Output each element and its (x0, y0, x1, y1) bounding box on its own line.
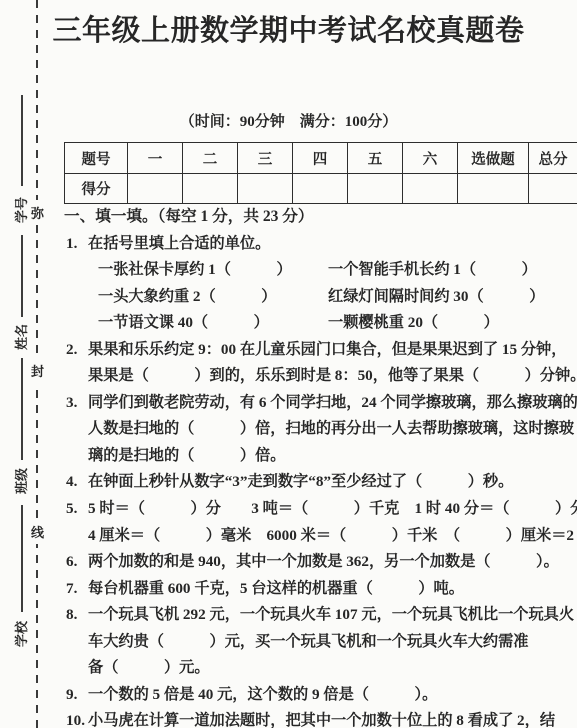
seal-char-xian: 线 (29, 519, 46, 544)
score-table-score-row: 得分 (65, 174, 577, 204)
score-cell (183, 174, 238, 204)
unit-blank-pair-line: 一头大象约重 2（ ）红绿灯间隔时间约 30（ ） (64, 284, 574, 311)
student-name-label: 姓名 (13, 319, 31, 355)
question-line: 3.同学们到敬老院劳动，有 6 个同学扫地，24 个同学擦玻璃，那么擦玻璃的 (64, 390, 574, 417)
question-number: 8. (66, 602, 77, 629)
score-cell (238, 174, 293, 204)
question-number: 1. (66, 231, 77, 258)
unit-blank-pair-line: 一节语文课 40（ ）一颗樱桃重 20（ ） (64, 310, 574, 337)
question-number: 6. (66, 549, 77, 576)
header-question-number: 题号 (65, 143, 128, 174)
question-line: 7.每台机器重 600 千克，5 台这样的机器重（ ）吨。 (64, 576, 574, 603)
blank-item-right: 一个智能手机长约 1（ ） (328, 257, 537, 284)
header-section-1: 一 (128, 143, 183, 174)
question-line: 10.小马虎在计算一道加法题时，把其中一个加数十位上的 8 看成了 2，结 (64, 708, 574, 728)
blank-item-left: 一张社保卡厚约 1（ ） (98, 261, 292, 278)
question-line: 5.5 时＝（ ）分 3 吨＝（ ）千克 1 时 40 分＝（ ）分 (64, 496, 574, 523)
seal-char-feng: 封 (29, 358, 46, 383)
score-cell (529, 174, 577, 204)
section-heading: 一、填一填。（每空 1 分，共 23 分） (64, 204, 574, 231)
blank-item-right: 一颗樱桃重 20（ ） (328, 310, 499, 337)
score-cell (293, 174, 348, 204)
question-line: 6.两个加数的和是 940，其中一个加数是 362，另一个加数是（ ）。 (64, 549, 574, 576)
question-continuation-line: 璃的是扫地的（ ）倍。 (64, 443, 574, 470)
question-number: 7. (66, 576, 77, 603)
score-cell (403, 174, 458, 204)
question-line: 2.果果和乐乐约定 9：00 在儿童乐园门口集合，但是果果迟到了 15 分钟， (64, 337, 574, 364)
question-number: 9. (66, 682, 77, 709)
school-blank-line (21, 505, 23, 612)
fill-in-section: 一、填一填。（每空 1 分，共 23 分） 1.在括号里填上合适的单位。一张社保… (64, 204, 574, 728)
student-name-blank-line (21, 235, 23, 317)
unit-blank-pair-line: 一张社保卡厚约 1（ ）一个智能手机长约 1（ ） (64, 257, 574, 284)
score-table: 题号 一 二 三 四 五 六 选做题 总分 得分 (64, 142, 577, 204)
exam-time-score-subtitle: （时间：90分钟 满分：100分） (40, 110, 537, 131)
header-optional: 选做题 (458, 143, 529, 174)
question-number: 10. (66, 708, 85, 728)
question-number: 3. (66, 390, 77, 417)
question-line: 4.在钟面上秒针从数字“3”走到数字“8”至少经过了（ ）秒。 (64, 469, 574, 496)
header-section-4: 四 (293, 143, 348, 174)
question-number: 4. (66, 469, 77, 496)
student-id-blank-line (21, 95, 23, 186)
question-continuation-line: 人数是扫地的（ ）倍，扫地的再分出一人去帮助擦玻璃，这时擦玻 (64, 416, 574, 443)
header-section-6: 六 (403, 143, 458, 174)
score-cell (128, 174, 183, 204)
question-continuation-line: 果果是（ ）到的，乐乐到时是 8：50，他等了果果（ ）分钟。 (64, 363, 574, 390)
question-number: 2. (66, 337, 77, 364)
score-table-header-row: 题号 一 二 三 四 五 六 选做题 总分 (65, 143, 577, 174)
header-section-3: 三 (238, 143, 293, 174)
question-line: 1.在括号里填上合适的单位。 (64, 231, 574, 258)
score-cell (458, 174, 529, 204)
blank-item-left: 一头大象约重 2（ ） (98, 288, 276, 305)
exam-paper-page: 学号 姓名 班级 学校 弥 封 线 三年级上册数学期中考试名校真题卷 （时间：9… (0, 0, 577, 728)
blank-item-left: 一节语文课 40（ ） (98, 314, 269, 331)
class-label: 班级 (13, 463, 31, 499)
score-row-label: 得分 (65, 174, 128, 204)
header-section-5: 五 (348, 143, 403, 174)
header-section-2: 二 (183, 143, 238, 174)
blank-item-right: 红绿灯间隔时间约 30（ ） (328, 284, 544, 311)
question-line: 9.一个数的 5 倍是 40 元，这个数的 9 倍是（ ）。 (64, 682, 574, 709)
question-continuation-line: 车大约贵（ ）元，买一个玩具飞机和一个玩具火车大约需准 (64, 629, 574, 656)
question-continuation-line: 4 厘米＝（ ）毫米 6000 米＝（ ）千米 （ ）厘米＝2 米 (64, 523, 574, 550)
score-cell (348, 174, 403, 204)
seal-char-mi: 弥 (29, 200, 46, 225)
question-line: 8.一个玩具飞机 292 元，一个玩具火车 107 元，一个玩具飞机比一个玩具火 (64, 602, 574, 629)
class-blank-line (21, 358, 23, 460)
question-number: 5. (66, 496, 77, 523)
question-continuation-line: 备（ ）元。 (64, 655, 574, 682)
header-total: 总分 (529, 143, 577, 174)
school-label: 学校 (13, 616, 31, 652)
page-title: 三年级上册数学期中考试名校真题卷 (40, 8, 537, 49)
